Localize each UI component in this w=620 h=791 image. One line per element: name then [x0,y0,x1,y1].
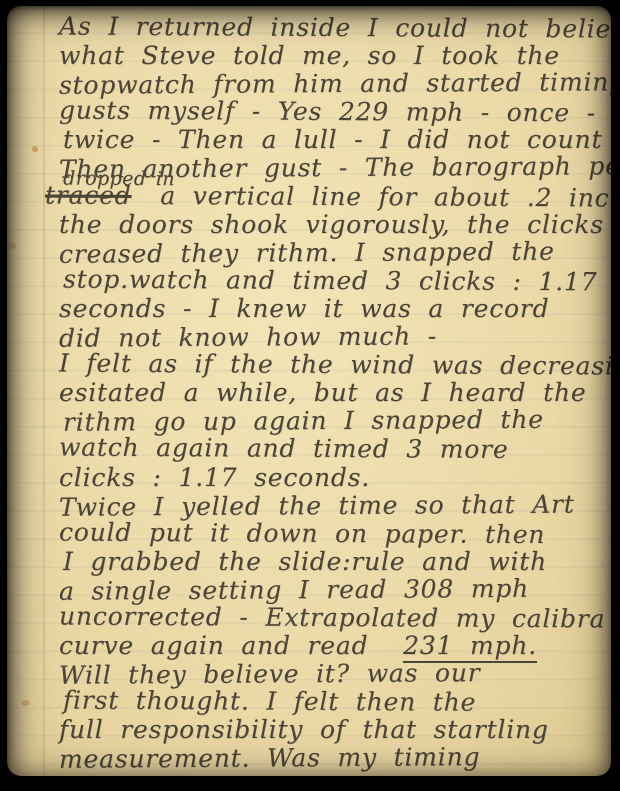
handwriting-line: twice - Then a lull - I did not count [7,126,611,154]
record-line-prefix: curve again and read [59,631,368,660]
handwriting-line: watch again and timed 3 more [7,434,611,466]
line-continuation: a vertical line for about .2 inch, [160,181,611,212]
handwriting-line: first thought. I felt then the [7,687,611,719]
handwriting-line: full responsibility of that startling [7,716,611,744]
handwriting-line: stop.watch and timed 3 clicks : 1.17 [7,265,611,297]
handwriting-line: As I returned inside I could not believe [7,12,611,44]
handwriting-line: uncorrected - Extrapolated my calibra [7,602,611,634]
handwriting-line: the doors shook vigorously, the clicks i… [7,211,611,239]
handwriting-line: I grabbed the slide:rule and with [7,548,611,576]
handwriting-block: As I returned inside I could not believe… [7,14,611,773]
inserted-correction-text: dropped in [63,169,175,189]
handwriting-line: gusts myself - Yes 229 mph - once - [7,97,611,129]
journal-photo: As I returned inside I could not believe… [0,0,620,791]
handwriting-line: what Steve told me, so I took the [7,42,611,70]
handwriting-line: could put it down on paper. then [7,518,611,550]
handwriting-line-corrected: dropped in traced a vertical line for ab… [7,181,611,213]
handwriting-line: I felt as if the the wind was decreasing [7,349,611,381]
handwriting-line: measurement. Was my timing [7,742,611,774]
handwriting-line-record: curve again and read 231 mph. [7,632,611,660]
journal-page: As I returned inside I could not believe… [7,6,611,776]
handwriting-line: esitated a while, but as I heard the [7,379,611,407]
handwriting-line: seconds - I knew it was a record [7,295,611,323]
handwriting-line: clicks : 1.17 seconds. [7,464,611,492]
